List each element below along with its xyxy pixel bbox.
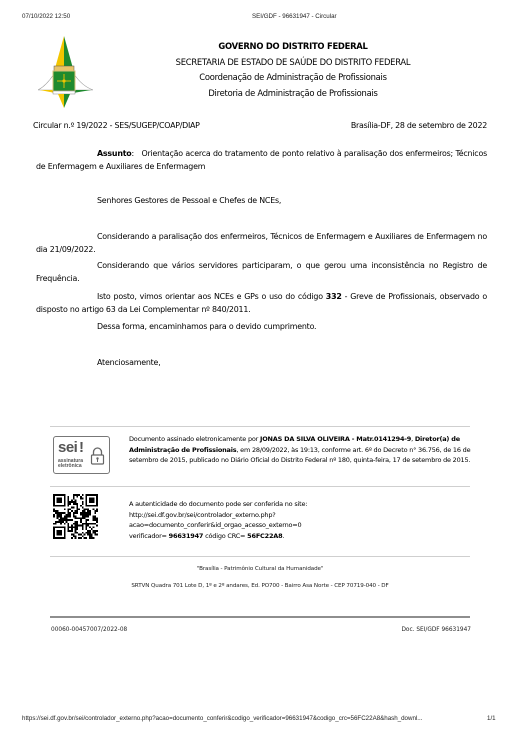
- print-title: SEI/GDF - 96631947 - Circular: [252, 13, 337, 20]
- sei-logo-text: sei: [58, 439, 77, 456]
- lock-icon: [90, 447, 105, 465]
- signature-divider-middle: [50, 486, 470, 487]
- authenticity-line-1: A autenticidade do documento pode ser co…: [129, 499, 479, 510]
- crc-label: código CRC=: [203, 532, 247, 540]
- letterhead-secretariat: SECRETARIA DE ESTADO DE SAÚDE DO DISTRIT…: [140, 55, 446, 71]
- footer-divider-top: [50, 556, 470, 557]
- closing: Atenciosamente,: [36, 356, 487, 369]
- sei-signature-badge: sei ! assinatura eletrônica: [53, 436, 110, 474]
- print-datetime: 07/10/2022 12:50: [22, 13, 70, 20]
- paragraph-4-text: Dessa forma, encaminhamos para o devido …: [36, 320, 487, 333]
- salutation-text: Senhores Gestores de Pessoal e Chefes de…: [36, 194, 487, 207]
- authenticity-url-2: acao=documento_conferir&id_orgao_acesso_…: [129, 520, 479, 531]
- paragraph-1: Considerando a paralisação dos enfermeir…: [36, 230, 487, 256]
- footer-motto: "Brasília - Patrimônio Cultural da Human…: [40, 566, 480, 572]
- subject: Assunto: Orientação acerca do tratamento…: [36, 147, 487, 173]
- paragraph-2-text: Considerando que vários servidores parti…: [36, 259, 487, 285]
- letterhead: GOVERNO DO DISTRITO FEDERAL SECRETARIA D…: [140, 39, 446, 101]
- paragraph-4: Dessa forma, encaminhamos para o devido …: [36, 320, 487, 333]
- footer-divider-bottom: [50, 616, 470, 618]
- authenticity-info: A autenticidade do documento pode ser co…: [129, 499, 479, 541]
- crc-code: 56FC22A8: [247, 532, 282, 540]
- sei-caption-line2: eletrônica: [58, 464, 83, 469]
- signature-divider-top: [50, 426, 470, 427]
- print-header: 07/10/2022 12:50 SEI/GDF - 96631947 - Ci…: [0, 13, 521, 23]
- print-footer: https://sei.df.gov.br/sei/controlador_ex…: [0, 715, 521, 725]
- subject-label: Assunto: [97, 149, 132, 158]
- signature-comma: ,: [411, 435, 413, 443]
- absence-code: 332: [326, 292, 342, 301]
- verifier-code: 96631947: [169, 532, 204, 540]
- closing-text: Atenciosamente,: [36, 356, 487, 369]
- paragraph-3: Isto posto, vimos orientar aos NCEs e GP…: [36, 290, 487, 316]
- signature-statement: Documento assinado eletronicamente por J…: [129, 434, 479, 466]
- letterhead-directorate: Diretoria de Administração de Profission…: [140, 86, 446, 102]
- authenticity-end: .: [282, 532, 284, 540]
- verifier-label: verificador=: [129, 532, 169, 540]
- process-number: 00060-00457007/2022-08: [51, 627, 127, 633]
- document-number: Doc. SEI/GDF 96631947: [401, 627, 471, 633]
- qr-code-icon: [53, 493, 98, 540]
- salutation: Senhores Gestores de Pessoal e Chefes de…: [36, 194, 487, 207]
- authenticity-url-1: http://sei.df.gov.br/sei/controlador_ext…: [129, 510, 479, 521]
- paragraph-2: Considerando que vários servidores parti…: [36, 259, 487, 285]
- letterhead-coordination: Coordenação de Administração de Profissi…: [140, 70, 446, 86]
- gdf-coat-of-arms-icon: [38, 36, 93, 108]
- circular-number: Circular n.º 19/2022 - SES/SUGEP/COAP/DI…: [33, 121, 200, 130]
- sei-badge-caption: assinatura eletrônica: [58, 459, 83, 470]
- place-date: Brasília-DF, 28 de setembro de 2022: [351, 121, 487, 130]
- sei-exclamation: !: [79, 439, 84, 456]
- paragraph-1-text: Considerando a paralisação dos enfermeir…: [36, 230, 487, 256]
- print-url: https://sei.df.gov.br/sei/controlador_ex…: [22, 715, 422, 722]
- print-page-number: 1/1: [487, 715, 496, 722]
- signer-name: JONAS DA SILVA OLIVEIRA - Matr.0141294-9: [260, 435, 411, 443]
- signature-prefix: Documento assinado eletronicamente por: [129, 435, 260, 443]
- footer-address: SRTVN Quadra 701 Lote D, 1º e 2º andares…: [40, 583, 480, 589]
- authenticity-codes: verificador= 96631947 código CRC= 56FC22…: [129, 531, 479, 542]
- paragraph-3-start: Isto posto, vimos orientar aos NCEs e GP…: [97, 292, 326, 301]
- letterhead-government: GOVERNO DO DISTRITO FEDERAL: [140, 39, 446, 55]
